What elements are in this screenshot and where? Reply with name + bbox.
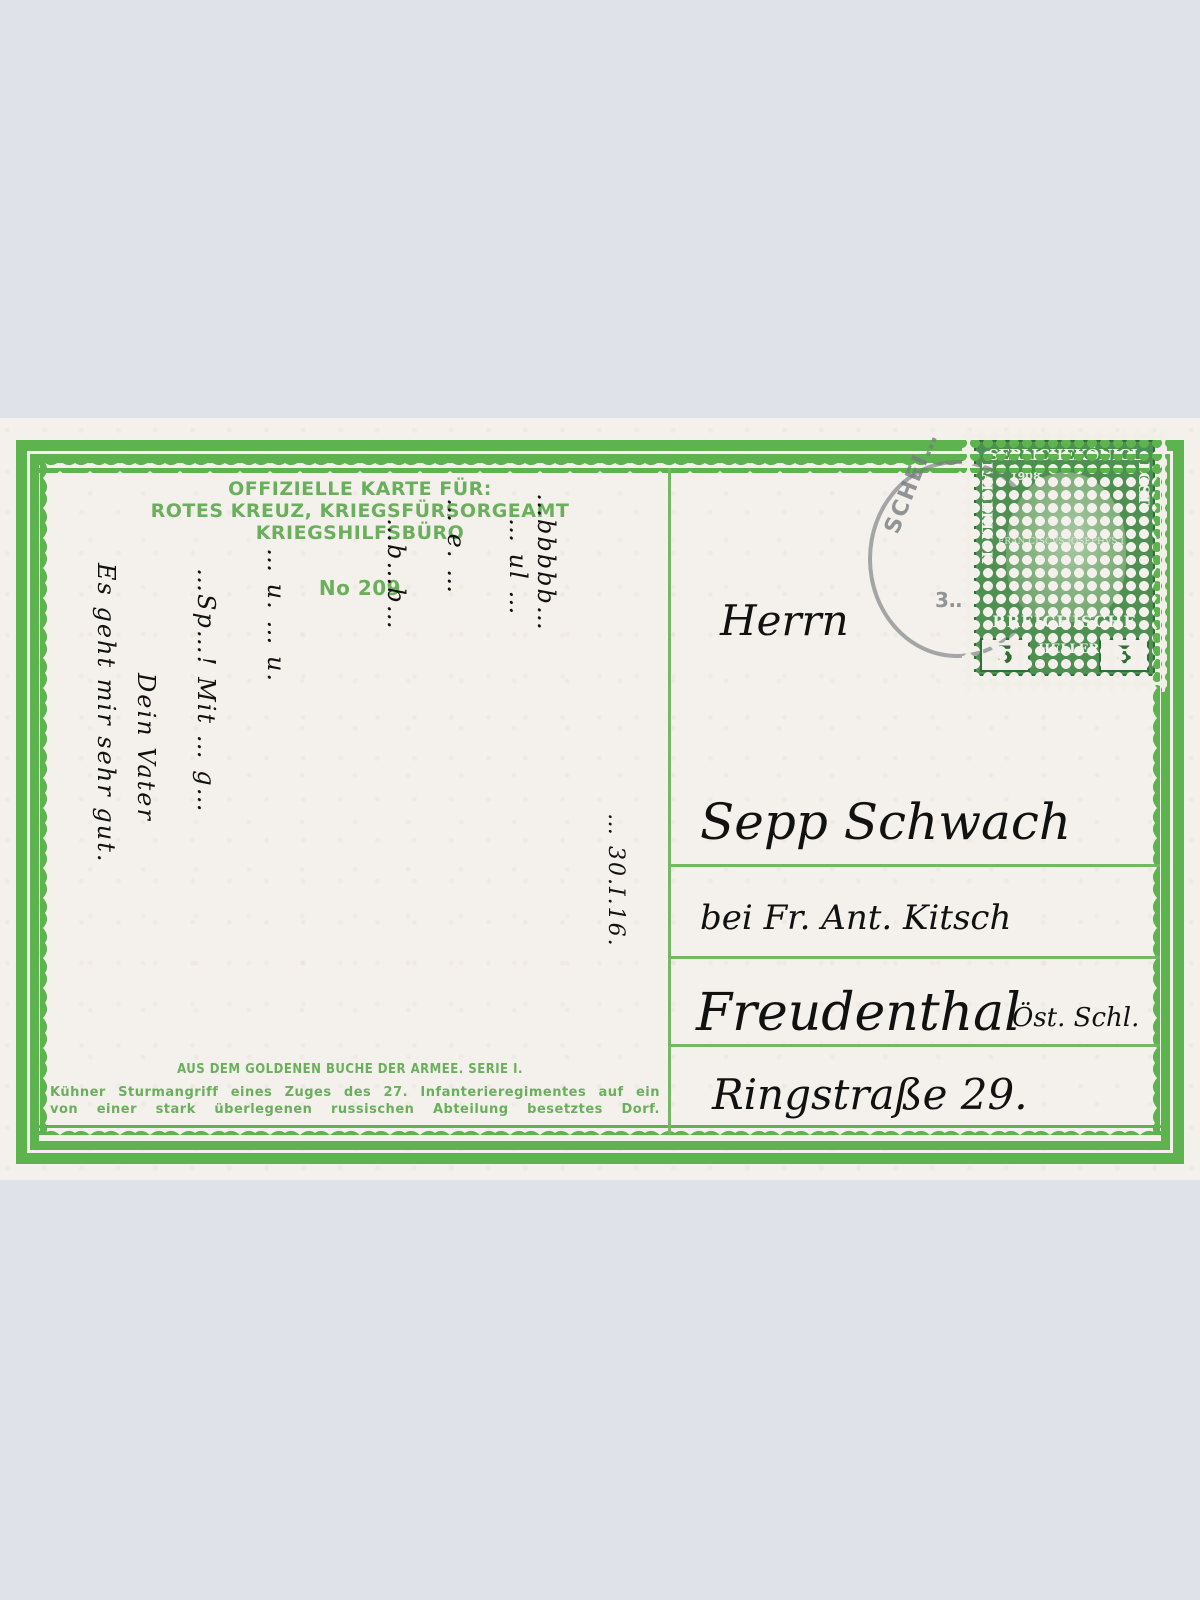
message-signature: Dein Vater: [132, 673, 160, 822]
stamp-side-left: KAISERLICH: [978, 462, 994, 564]
address-care-of: bei Fr. Ant. Kitsch: [700, 898, 1011, 938]
message-line-2: … ul …: [504, 518, 532, 616]
stamp-side-right: POST: [1135, 462, 1151, 505]
stamp-arc-bottom: RREICHISCHE: [976, 612, 1153, 631]
stamp-arc-top: SERLICHEKÖNIGL: [976, 446, 1153, 464]
stamp-portrait-name: FRAN CISCVS JOSEPHVS I: [998, 537, 1124, 548]
message-line-5: … u. … u.: [262, 548, 290, 683]
address-name: Sepp Schwach: [700, 793, 1071, 851]
address-rule-2: [671, 956, 1160, 959]
postcard: OFFIZIELLE KARTE FÜR: ROTES KREUZ, KRIEG…: [0, 418, 1200, 1180]
stamp-year: 1908: [1010, 470, 1041, 483]
message-line-8: Es geht mir sehr gut.: [92, 563, 120, 863]
message-line-6: …Sp…! Mit … g…: [192, 568, 220, 814]
message-line-3: … e. …: [442, 498, 470, 595]
stamp-design: SERLICHEKÖNIGL KAISERLICH POST 1908 FRAN…: [974, 440, 1155, 676]
center-divider: [668, 468, 671, 1134]
postage-stamp: SERLICHEKÖNIGL KAISERLICH POST 1908 FRAN…: [962, 430, 1167, 692]
message-line-1: …bbbbb…: [532, 493, 560, 632]
caption-line-2: von einer stark überlegenen russischen A…: [50, 1101, 660, 1118]
address-rule-1: [671, 864, 1160, 867]
series-title: AUS DEM GOLDENEN BUCHE DER ARMEE. SERIE …: [40, 1062, 660, 1077]
handwritten-date: … 30.I.16.: [603, 813, 628, 948]
message-line-4: …b…b…: [382, 518, 410, 631]
address-street: Ringstraße 29.: [712, 1070, 1028, 1119]
address-salutation: Herrn: [720, 596, 849, 645]
caption-line-1: Kühner Sturmangriff eines Zuges des 27. …: [50, 1084, 660, 1101]
stamp-value-right: 5: [1099, 638, 1149, 672]
address-region: Öst. Schl.: [1012, 1003, 1139, 1033]
address-city: Freudenthal: [696, 983, 1021, 1043]
address-rule-3: [671, 1044, 1160, 1047]
stamp-denomination: HELLER: [1038, 642, 1096, 657]
stamp-value-left: 5: [980, 638, 1030, 672]
